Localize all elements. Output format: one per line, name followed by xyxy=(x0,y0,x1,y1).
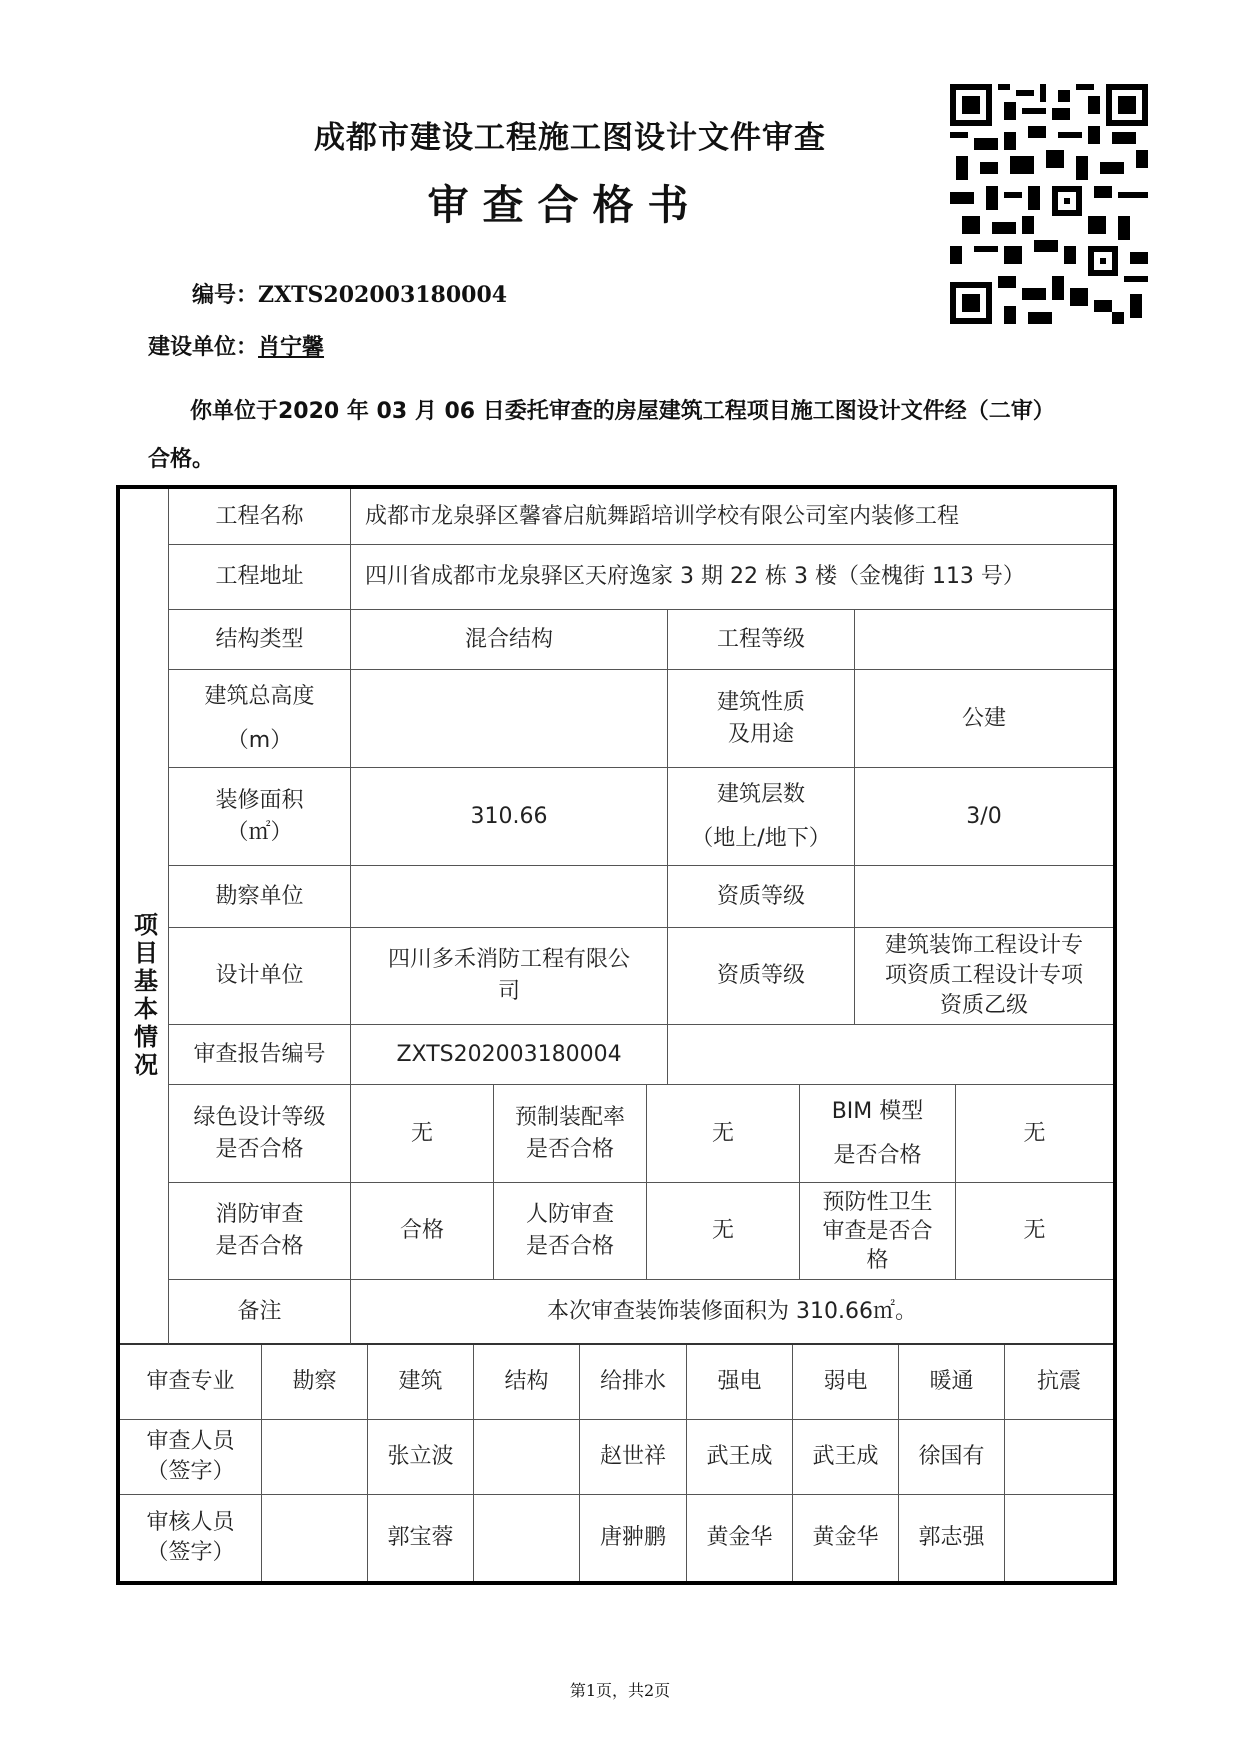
reviewer-cell: 武王成 xyxy=(793,1420,899,1495)
prefab-rate-label: 预制装配率 是否合格 xyxy=(494,1085,647,1183)
design-qualification-label: 资质等级 xyxy=(668,928,855,1025)
reviewer-cell xyxy=(262,1420,368,1495)
statement-line-2: 合格。 xyxy=(148,442,214,473)
grade-value xyxy=(855,610,1113,670)
project-name-value: 成都市龙泉驿区馨睿启航舞蹈培训学校有限公司室内装修工程 xyxy=(351,489,1113,545)
certificate-number-label: 编号： xyxy=(192,283,258,308)
floors-value: 3/0 xyxy=(855,768,1113,866)
approver-cell: 郭宝蓉 xyxy=(368,1495,474,1581)
bim-model-value: 无 xyxy=(956,1085,1113,1183)
design-unit-value: 四川多禾消防工程有限公 司 xyxy=(351,928,668,1025)
health-review-value: 无 xyxy=(956,1183,1113,1280)
design-unit-label: 设计单位 xyxy=(169,928,351,1025)
height-label: 建筑总高度 （m） xyxy=(169,670,351,768)
green-design-value: 无 xyxy=(351,1085,494,1183)
survey-qualification-label: 资质等级 xyxy=(668,866,855,928)
nature-value: 公建 xyxy=(855,670,1113,768)
construction-unit: 建设单位：肖宁馨 xyxy=(148,330,324,361)
address-label: 工程地址 xyxy=(169,545,351,610)
area-label: 装修面积 （㎡） xyxy=(169,768,351,866)
reviewer-cell: 审查人员 （签字） xyxy=(120,1420,262,1495)
discipline-cell: 抗震 xyxy=(1005,1345,1113,1420)
floors-label: 建筑层数 （地上/地下） xyxy=(668,768,855,866)
approver-cell xyxy=(1005,1495,1113,1581)
approver-cell: 唐翀鹏 xyxy=(580,1495,687,1581)
construction-unit-label: 建设单位： xyxy=(148,335,258,360)
remarks-label: 备注 xyxy=(169,1280,351,1345)
green-design-label: 绿色设计等级 是否合格 xyxy=(169,1085,351,1183)
reviewer-cell: 徐国有 xyxy=(899,1420,1005,1495)
project-name-label: 工程名称 xyxy=(169,489,351,545)
discipline-cell: 勘察 xyxy=(262,1345,368,1420)
side-label-cell: 项目基本情况 xyxy=(120,489,169,1345)
design-qualification-value: 建筑装饰工程设计专 项资质工程设计专项 资质乙级 xyxy=(855,928,1113,1025)
statement-line-1: 你单位于2020 年 03 月 06 日委托审查的房屋建筑工程项目施工图设计文件… xyxy=(190,394,1055,425)
survey-qualification-value xyxy=(855,866,1113,928)
report-number-blank xyxy=(668,1025,1113,1085)
page-indicator: 第1页，共2页 xyxy=(0,1678,1240,1701)
prefab-rate-value: 无 xyxy=(647,1085,800,1183)
approver-cell xyxy=(262,1495,368,1581)
discipline-cell: 强电 xyxy=(687,1345,793,1420)
survey-unit-value xyxy=(351,866,668,928)
discipline-cell: 暖通 xyxy=(899,1345,1005,1420)
qr-code-icon xyxy=(950,84,1148,324)
structure-value: 混合结构 xyxy=(351,610,668,670)
approver-cell xyxy=(474,1495,580,1581)
height-value xyxy=(351,670,668,768)
approver-cell: 审核人员 （签字） xyxy=(120,1495,262,1581)
remarks-value: 本次审查装饰装修面积为 310.66㎡。 xyxy=(351,1280,1113,1345)
report-number-label: 审查报告编号 xyxy=(169,1025,351,1085)
fire-review-label: 消防审查 是否合格 xyxy=(169,1183,351,1280)
civil-defense-value: 无 xyxy=(647,1183,800,1280)
approver-cell: 郭志强 xyxy=(899,1495,1005,1581)
reviewer-cell xyxy=(474,1420,580,1495)
reviewer-cell: 赵世祥 xyxy=(580,1420,687,1495)
grade-label: 工程等级 xyxy=(668,610,855,670)
civil-defense-label: 人防审查 是否合格 xyxy=(494,1183,647,1280)
survey-unit-label: 勘察单位 xyxy=(169,866,351,928)
certificate-number-value: ZXTS202003180004 xyxy=(258,282,507,308)
discipline-cell: 结构 xyxy=(474,1345,580,1420)
side-label: 项目基本情况 xyxy=(127,912,162,1080)
health-review-label: 预防性卫生 审查是否合 格 xyxy=(800,1183,956,1280)
discipline-cell: 审查专业 xyxy=(120,1345,262,1420)
discipline-cell: 建筑 xyxy=(368,1345,474,1420)
fire-review-value: 合格 xyxy=(351,1183,494,1280)
construction-unit-value: 肖宁馨 xyxy=(258,335,324,360)
reviewer-cell: 武王成 xyxy=(687,1420,793,1495)
discipline-cell: 弱电 xyxy=(793,1345,899,1420)
certificate-number: 编号：ZXTS202003180004 xyxy=(192,278,507,309)
reviewer-cell xyxy=(1005,1420,1113,1495)
report-number-value: ZXTS202003180004 xyxy=(351,1025,668,1085)
address-value: 四川省成都市龙泉驿区天府逸家 3 期 22 栋 3 楼（金槐街 113 号） xyxy=(351,545,1113,610)
reviewer-cell: 张立波 xyxy=(368,1420,474,1495)
area-value: 310.66 xyxy=(351,768,668,866)
bim-model-label: BIM 模型 是否合格 xyxy=(800,1085,956,1183)
structure-label: 结构类型 xyxy=(169,610,351,670)
approver-cell: 黄金华 xyxy=(687,1495,793,1581)
discipline-cell: 给排水 xyxy=(580,1345,687,1420)
nature-label: 建筑性质 及用途 xyxy=(668,670,855,768)
approver-cell: 黄金华 xyxy=(793,1495,899,1581)
